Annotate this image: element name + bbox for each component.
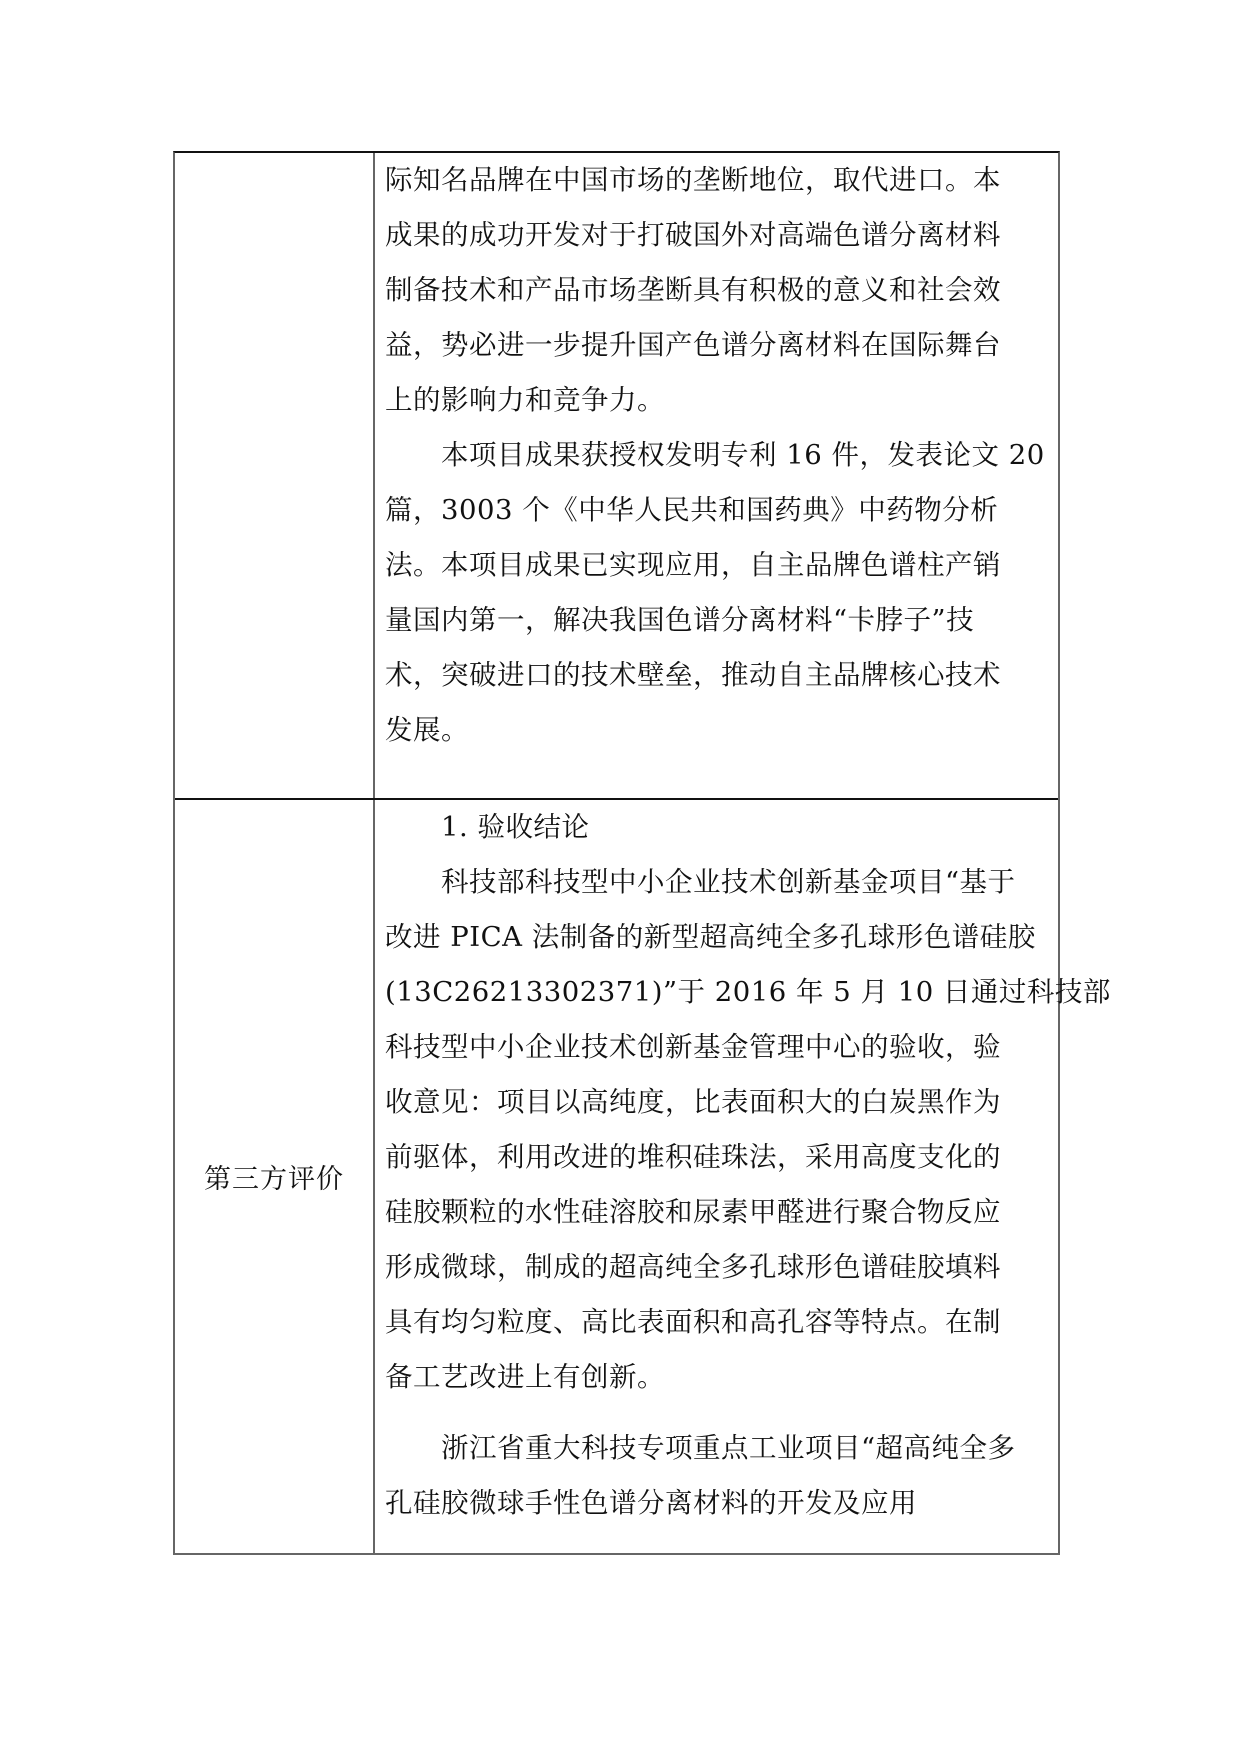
text-line: 科技型中小企业技术创新基金管理中心的验收，验	[385, 1020, 1048, 1075]
text-line: 孔硅胶微球手性色谱分离材料的开发及应用	[385, 1476, 1048, 1531]
evaluation-table: 际知名品牌在中国市场的垄断地位，取代进口。本 成果的成功开发对于打破国外对高端色…	[173, 151, 1060, 1555]
text-line: 前驱体，利用改进的堆积硅珠法，采用高度支化的	[385, 1130, 1048, 1185]
text-line: 上的影响力和竞争力。	[385, 373, 1048, 428]
text-line: 硅胶颗粒的水性硅溶胶和尿素甲醛进行聚合物反应	[385, 1185, 1048, 1240]
row-content-cell: 际知名品牌在中国市场的垄断地位，取代进口。本 成果的成功开发对于打破国外对高端色…	[375, 153, 1058, 798]
text-line: 形成微球，制成的超高纯全多孔球形色谱硅胶填料	[385, 1240, 1048, 1295]
text-line: 改进 PICA 法制备的新型超高纯全多孔球形色谱硅胶	[385, 910, 1048, 965]
row-label-cell: 第三方评价	[175, 800, 375, 1553]
text-line: 收意见：项目以高纯度，比表面积大的白炭黑作为	[385, 1075, 1048, 1130]
text-line: 际知名品牌在中国市场的垄断地位，取代进口。本	[385, 153, 1048, 208]
paragraph-gap	[385, 1405, 1048, 1421]
row-label-cell	[175, 153, 375, 798]
text-line: 备工艺改进上有创新。	[385, 1350, 1048, 1405]
text-line: 科技部科技型中小企业技术创新基金项目“基于	[385, 855, 1048, 910]
row-label: 第三方评价	[204, 1157, 344, 1196]
text-line: 本项目成果获授权发明专利 16 件，发表论文 20	[385, 428, 1048, 483]
text-line: 法。本项目成果已实现应用，自主品牌色谱柱产销	[385, 538, 1048, 593]
table-row-third-party-evaluation: 第三方评价 1. 验收结论 科技部科技型中小企业技术创新基金项目“基于 改进 P…	[175, 798, 1058, 1553]
text-line: 量国内第一，解决我国色谱分离材料“卡脖子”技	[385, 593, 1048, 648]
text-line: (13C26213302371)”于 2016 年 5 月 10 日通过科技部	[385, 965, 1048, 1020]
text-line: 术，突破进口的技术壁垒，推动自主品牌核心技术	[385, 648, 1048, 703]
table-row-achievements: 际知名品牌在中国市场的垄断地位，取代进口。本 成果的成功开发对于打破国外对高端色…	[175, 153, 1058, 798]
text-line: 成果的成功开发对于打破国外对高端色谱分离材料	[385, 208, 1048, 263]
text-line: 益，势必进一步提升国产色谱分离材料在国际舞台	[385, 318, 1048, 373]
text-line: 制备技术和产品市场垄断具有积极的意义和社会效	[385, 263, 1048, 318]
text-line: 具有均匀粒度、高比表面积和高孔容等特点。在制	[385, 1295, 1048, 1350]
text-line: 篇，3003 个《中华人民共和国药典》中药物分析	[385, 483, 1048, 538]
text-line: 发展。	[385, 703, 1048, 758]
text-line: 浙江省重大科技专项重点工业项目“超高纯全多	[385, 1421, 1048, 1476]
section-heading: 1. 验收结论	[385, 800, 1048, 855]
row-content-cell: 1. 验收结论 科技部科技型中小企业技术创新基金项目“基于 改进 PICA 法制…	[375, 800, 1058, 1553]
